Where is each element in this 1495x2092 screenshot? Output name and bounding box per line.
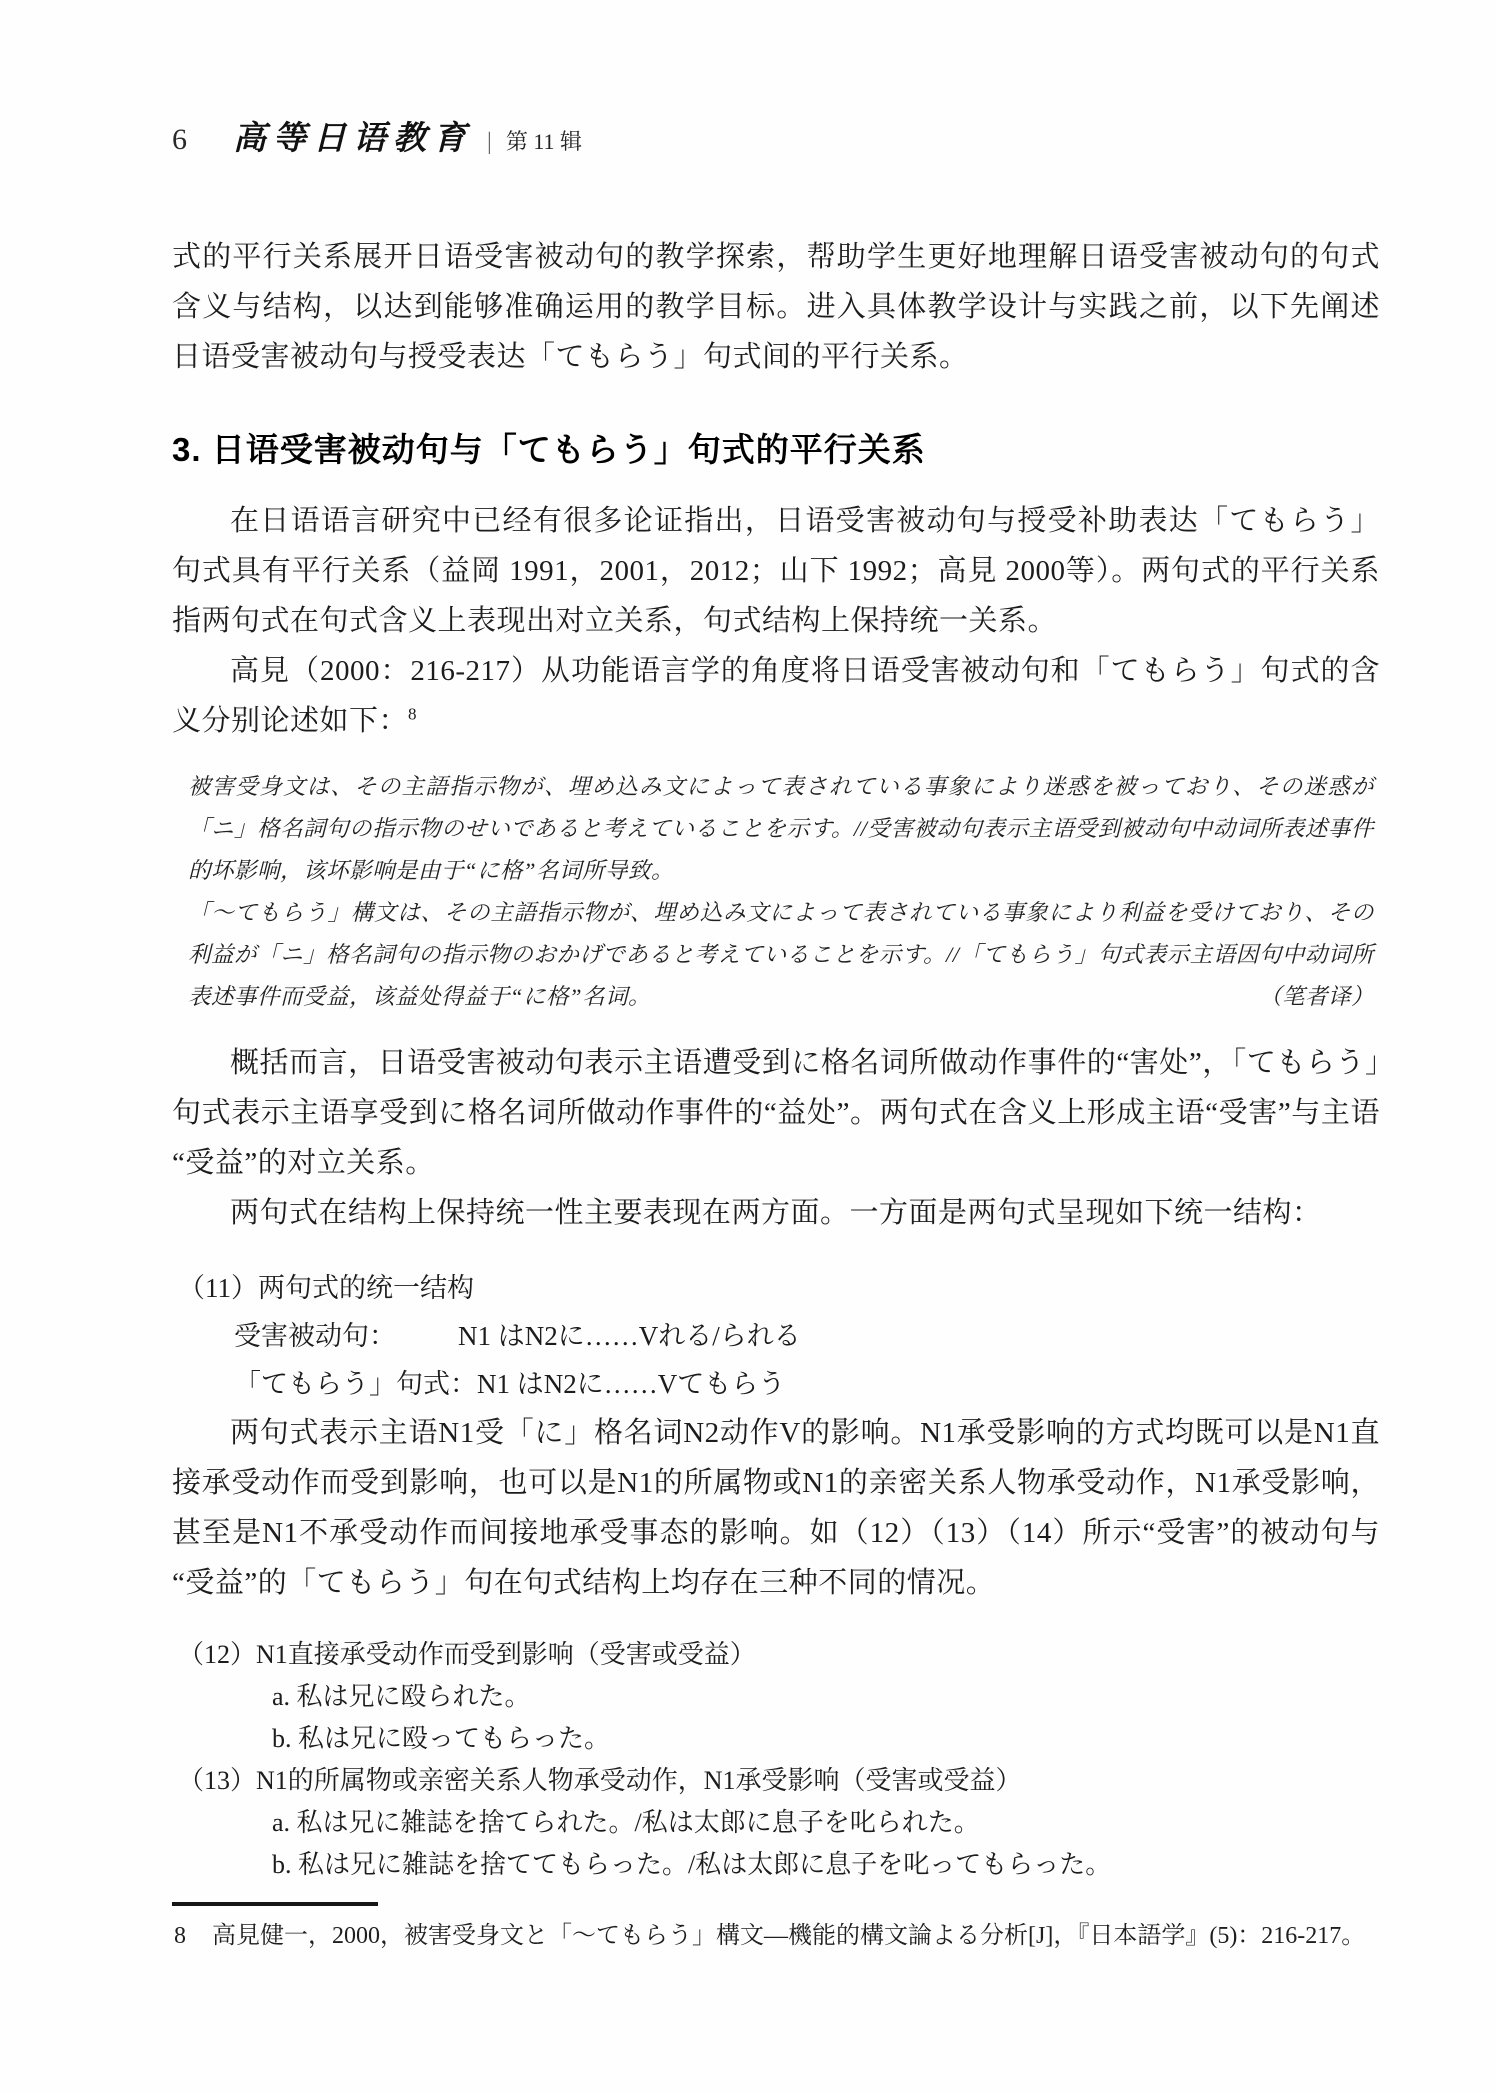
paragraph-structure-unity: 两句式在结构上保持统一性主要表现在两方面。一方面是两句式呈现如下统一结构：: [172, 1188, 1380, 1238]
header-divider: |: [487, 129, 492, 156]
page-body: 式的平行关系展开日语受害被动句的教学探索，帮助学生更好地理解日语受害被动句的句式…: [172, 232, 1380, 1886]
example-13-label: （13）N1的所属物或亲密关系人物承受动作，N1承受影响（受害或受益）: [178, 1760, 1380, 1802]
example-13-item-a: a. 私は兄に雑誌を捨てられた。/私は太郎に息子を叱られた。: [272, 1802, 1380, 1844]
paragraph-three-cases: 两句式表示主语N1受「に」格名词N2动作V的影响。N1承受影响的方式均既可以是N…: [172, 1408, 1380, 1608]
example-11: （11）两句式的统一结构 受害被动句： N1 はN2に……Vれる/られる 「ても…: [172, 1264, 1380, 1408]
issue-label: 第 11 辑: [506, 125, 582, 156]
example-11-row-temorau: 「てもらう」句式： N1 はN2に……Vてもらう: [234, 1360, 1380, 1408]
footnote-marker: 8: [174, 1918, 186, 1954]
page-number: 6: [172, 123, 187, 157]
example-11-passive-name: 受害被动句：: [234, 1312, 458, 1360]
examples-12-13: （12）N1直接承受动作而受到影响（受害或受益） a. 私は兄に殴られた。 b.…: [172, 1634, 1380, 1886]
footnote-separator: [172, 1902, 378, 1906]
journal-page: 6 高等日语教育 | 第 11 辑 式的平行关系展开日语受害被动句的教学探索，帮…: [0, 0, 1495, 2092]
example-12-item-b: b. 私は兄に殴ってもらった。: [272, 1718, 1380, 1760]
footnote-text: 高見健一，2000，被害受身文と「～てもらう」構文—機能的構文論よる分析[J]，…: [212, 1918, 1365, 1954]
example-13-item-b: b. 私は兄に雑誌を捨ててもらった。/私は太郎に息子を叱ってもらった。: [272, 1844, 1380, 1886]
quote-temorau-definition: 「～てもらう」構文は、その主語指示物が、埋め込み文によって表されている事象により…: [188, 892, 1374, 1018]
quote-passive-definition: 被害受身文は、その主語指示物が、埋め込み文によって表されている事象により迷惑を被…: [188, 766, 1374, 892]
journal-title: 高等日语教育: [233, 112, 473, 159]
footnote: 8 高見健一，2000，被害受身文と「～てもらう」構文—機能的構文論よる分析[J…: [174, 1918, 1382, 1954]
paragraph-takami-intro: 高見（2000：216-217）从功能语言学的角度将日语受害被动句和「てもらう」…: [172, 646, 1380, 746]
paragraph-continuation: 式的平行关系展开日语受害被动句的教学探索，帮助学生更好地理解日语受害被动句的句式…: [172, 232, 1380, 382]
example-11-temorau-name: 「てもらう」句式：: [234, 1360, 477, 1408]
paragraph-takami-text: 高見（2000：216-217）从功能语言学的角度将日语受害被动句和「てもらう」…: [172, 655, 1380, 737]
section-heading: 3. 日语受害被动句与「てもらう」句式的平行关系: [172, 428, 1380, 472]
translator-note: （笔者译）: [1259, 976, 1374, 1018]
paragraph-parallel-relation: 在日语语言研究中已经有很多论证指出，日语受害被动句与授受补助表达「てもらう」句式…: [172, 496, 1380, 646]
quote-temorau-text: 「～てもらう」構文は、その主語指示物が、埋め込み文によって表されている事象により…: [188, 900, 1374, 1009]
example-12-label: （12）N1直接承受动作而受到影响（受害或受益）: [178, 1634, 1380, 1676]
example-11-passive-formula: N1 はN2に……Vれる/られる: [458, 1312, 801, 1360]
example-11-row-passive: 受害被动句： N1 はN2に……Vれる/られる: [234, 1312, 1380, 1360]
block-quote: 被害受身文は、その主語指示物が、埋め込み文によって表されている事象により迷惑を被…: [172, 766, 1380, 1018]
running-header: 6 高等日语教育 | 第 11 辑: [172, 112, 1380, 159]
paragraph-summary: 概括而言，日语受害被动句表示主语遭受到に格名词所做动作事件的“害处”，「てもらう…: [172, 1038, 1380, 1188]
example-12-item-a: a. 私は兄に殴られた。: [272, 1676, 1380, 1718]
example-11-label: （11）两句式的统一结构: [178, 1264, 1380, 1312]
example-11-temorau-formula: N1 はN2に……Vてもらう: [477, 1360, 785, 1408]
footnote-reference: 8: [408, 704, 417, 723]
